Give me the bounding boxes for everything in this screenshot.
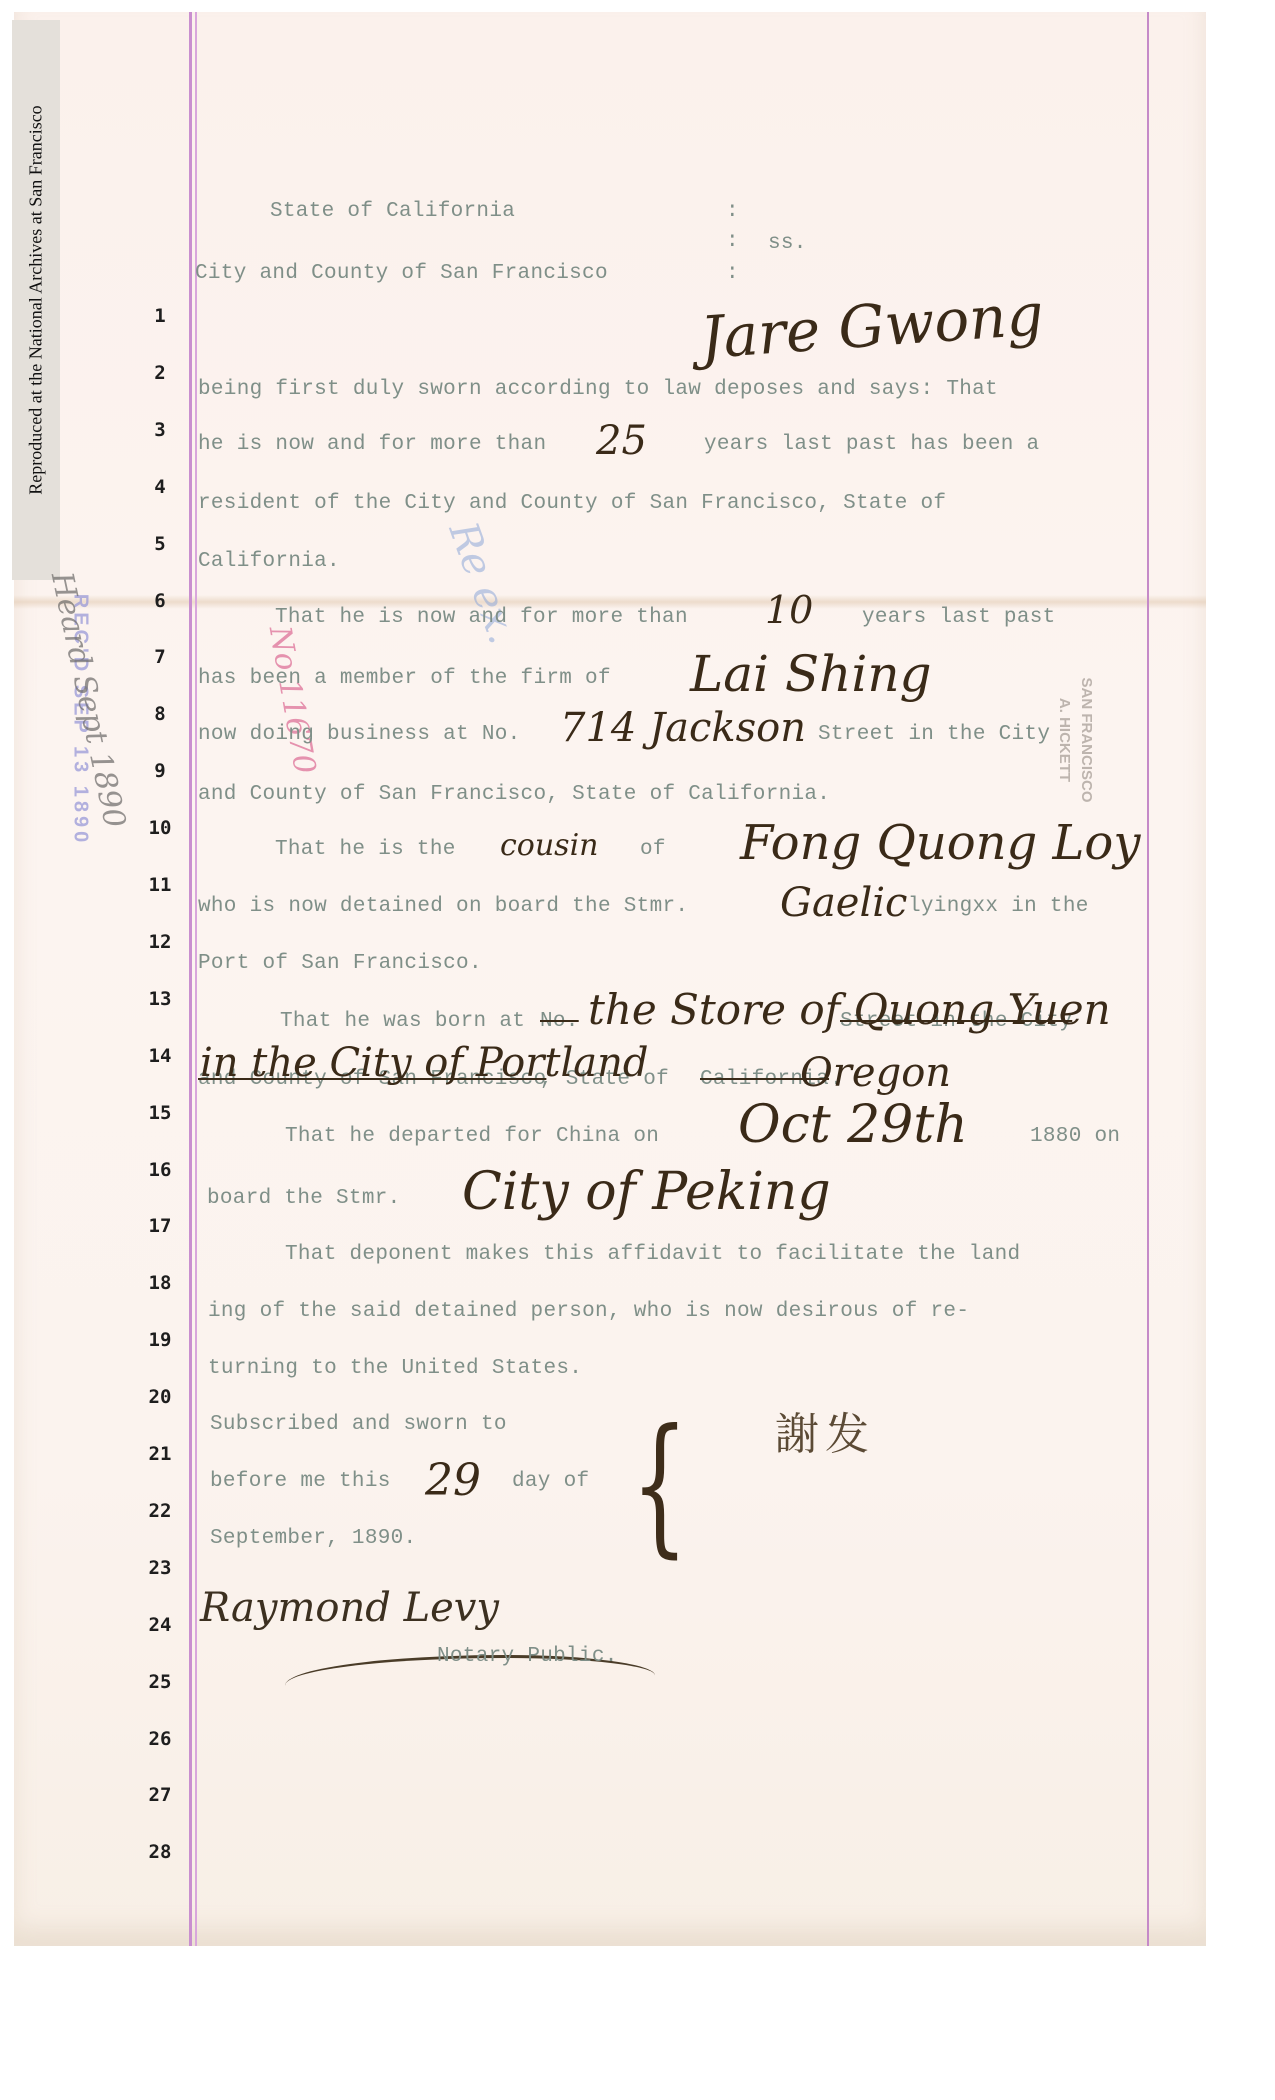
line-number: 25: [140, 1671, 180, 1693]
line-13-struck-a: No.: [540, 1010, 579, 1033]
line-20-text: Subscribed and sworn to: [210, 1413, 507, 1436]
line-number: 10: [140, 817, 180, 839]
birthplace-line-13-field: the Store of Quong Yuen: [588, 985, 1111, 1034]
birthplace-line-14-field: in the City of Portland: [200, 1040, 648, 1086]
line-18-text: ing of the said detained person, who is …: [208, 1300, 969, 1323]
line-number: 12: [140, 931, 180, 953]
sworn-day-field: 29: [425, 1455, 481, 1506]
notary-signature: Raymond Levy: [200, 1585, 499, 1631]
line-number: 4: [140, 476, 180, 498]
line-number: 9: [140, 760, 180, 782]
archive-label: Reproduced at the National Archives at S…: [26, 105, 47, 494]
line-15-text-a: That he departed for China on: [285, 1125, 659, 1148]
line-number: 11: [140, 874, 180, 896]
right-margin-rule: [1147, 12, 1149, 1946]
line-3-text-a: he is now and for more than: [198, 433, 546, 456]
line-7-text: has been a member of the firm of: [198, 667, 611, 690]
line-number: 20: [140, 1386, 180, 1408]
line-number: 3: [140, 419, 180, 441]
line-number: 22: [140, 1500, 180, 1522]
line-13-text-a: That he was born at: [280, 1010, 525, 1033]
line-number: 24: [140, 1614, 180, 1636]
chinese-signature: 謝发: [775, 1398, 875, 1462]
line-6-text-b: years last past: [862, 606, 1056, 629]
line-9-text: and County of San Francisco, State of Ca…: [198, 783, 830, 806]
street-address-field: 714 Jackson: [560, 705, 806, 751]
relation-field: cousin: [500, 828, 599, 863]
years-member-field: 10: [765, 588, 813, 632]
caption-county: City and County of San Francisco: [195, 262, 608, 285]
line-19-text: turning to the United States.: [208, 1357, 582, 1380]
line-10-text-b: of: [640, 838, 666, 861]
caption-ss: ss.: [768, 232, 807, 255]
left-margin-rule-inner: [195, 12, 197, 1946]
notary-public-label: Notary Public.: [437, 1645, 618, 1668]
departure-date-field: Oct 29th: [738, 1095, 968, 1155]
years-resident-field: 25: [596, 418, 647, 464]
line-2-text: being first duly sworn according to law …: [198, 378, 998, 401]
line-number: 17: [140, 1215, 180, 1237]
line-number: 26: [140, 1728, 180, 1750]
line-5-text: California.: [198, 550, 340, 573]
line-number: 1: [140, 305, 180, 327]
line-number: 21: [140, 1443, 180, 1465]
clerk-stamp: SAN FRANCISCO A. HICKETT: [1053, 677, 1097, 802]
line-16-text: board the Stmr.: [207, 1187, 401, 1210]
line-11-text-b: lyingxx in the: [908, 895, 1089, 918]
birth-state-field: Oregon: [800, 1050, 951, 1096]
line-21-text-a: before me this: [210, 1470, 391, 1493]
line-number: 6: [140, 590, 180, 612]
line-12-text: Port of San Francisco.: [198, 952, 482, 975]
brace-mark: {: [631, 1410, 688, 1560]
line-number: 19: [140, 1329, 180, 1351]
line-number: 7: [140, 646, 180, 668]
line-number: 27: [140, 1784, 180, 1806]
departure-steamer-field: City of Peking: [462, 1162, 831, 1222]
line-11-text-a: who is now detained on board the Stmr.: [198, 895, 688, 918]
line-number: 14: [140, 1045, 180, 1067]
line-number: 18: [140, 1272, 180, 1294]
clerk-stamp-line-1: SAN FRANCISCO: [1078, 677, 1095, 802]
steamer-detained-field: Gaelic: [780, 880, 907, 926]
line-number: 23: [140, 1557, 180, 1579]
line-number: 8: [140, 703, 180, 725]
line-21-text-b: day of: [512, 1470, 589, 1493]
line-17-text: That deponent makes this affidavit to fa…: [285, 1243, 1020, 1266]
line-number: 28: [140, 1841, 180, 1863]
line-22-text: September, 1890.: [210, 1527, 416, 1550]
left-margin-rule: [189, 12, 192, 1946]
line-8-text-b: Street in the City: [818, 723, 1050, 746]
line-3-text-b: years last past has been a: [704, 433, 1039, 456]
caption-colon-2: :: [726, 230, 739, 253]
line-number: 16: [140, 1159, 180, 1181]
line-10-text-a: That he is the: [275, 838, 456, 861]
line-15-text-b: 1880 on: [1030, 1125, 1120, 1148]
line-number: 15: [140, 1102, 180, 1124]
caption-colon-1: :: [726, 200, 739, 223]
caption-colon-3: :: [726, 262, 739, 285]
line-number: 2: [140, 362, 180, 384]
clerk-stamp-line-2: A. HICKETT: [1056, 698, 1073, 782]
line-number: 13: [140, 988, 180, 1010]
caption-state: State of California: [270, 200, 515, 223]
line-4-text: resident of the City and County of San F…: [198, 492, 946, 515]
line-6-text-a: That he is now and for more than: [275, 606, 688, 629]
line-8-text-a: now doing business at No.: [198, 723, 521, 746]
detained-person-field: Fong Quong Loy: [740, 815, 1140, 871]
firm-name-field: Lai Shing: [690, 645, 932, 703]
line-number: 5: [140, 533, 180, 555]
